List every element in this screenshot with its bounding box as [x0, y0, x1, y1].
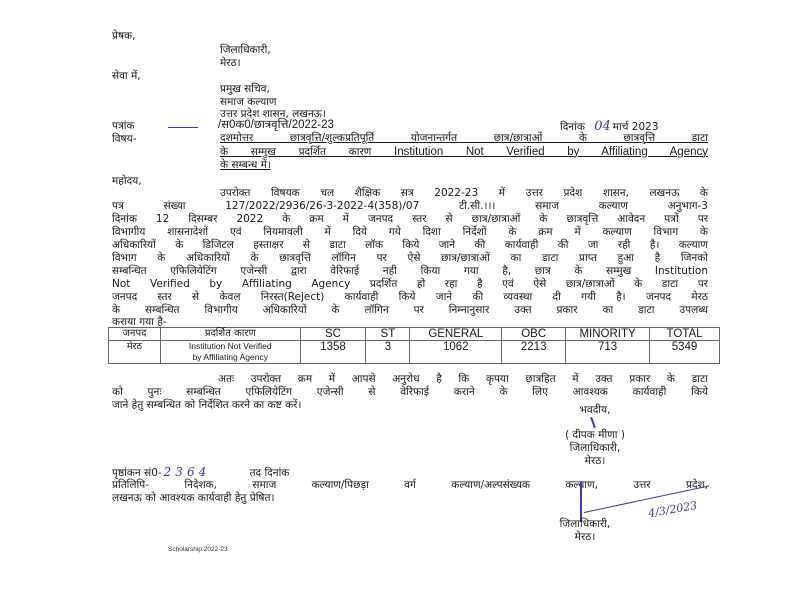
- subject-line2-en: Institution Not Verified by Affiliating …: [394, 146, 708, 158]
- para1-line: विभाग के अधिकारियों के छात्रवृत्ति लॉगिन…: [112, 252, 708, 265]
- cell-sc: 1358: [300, 341, 366, 364]
- closing: भवदीय,: [540, 404, 650, 417]
- para1-line: जनपद स्तर से केवल निरस्त(Reject) कार्यवा…: [112, 291, 708, 304]
- recipient-line: प्रमुख सचिव,: [220, 83, 270, 96]
- sender-place: मेरठ।: [220, 57, 241, 70]
- header-obc: OBC: [502, 328, 566, 341]
- para2-line: अतः उपरोक्त क्रम में आपसे अनुरोध है कि क…: [218, 373, 708, 386]
- handwritten-endorsement-number: 2364: [164, 465, 211, 479]
- cell-reason: Institution Not Verified by Affiliating …: [160, 341, 300, 364]
- subject-text: दशमोत्तर छात्रवृत्ति/शुल्कप्रतिपूर्ति यो…: [220, 132, 708, 173]
- reason-line2: by Affiliating Agency: [163, 352, 298, 363]
- header-total: TOTAL: [650, 328, 720, 341]
- signature-block: भवदीय, ( दीपक मीणा ) जिलाधिकारी, मेरठ।: [540, 404, 650, 468]
- cell-st: 3: [366, 341, 410, 364]
- header-sc: SC: [300, 328, 366, 341]
- header-st: ST: [366, 328, 410, 341]
- table-header-row: जनपद प्रदर्शित कारण SC ST GENERAL OBC MI…: [109, 328, 720, 341]
- scholarship-data-table: जनपद प्रदर्शित कारण SC ST GENERAL OBC MI…: [108, 327, 720, 364]
- table-row: मेरठ Institution Not Verified by Affilia…: [109, 341, 720, 364]
- para1-line: दिनांक 12 दिसम्बर 2022 के क्रम में जनपद …: [112, 213, 708, 226]
- signature-mark: [540, 417, 650, 429]
- para1-line: सम्बन्धित एफिलियेटिंग एजेन्सी द्वारा वेर…: [112, 265, 708, 278]
- signatory-place: मेरठ।: [545, 531, 625, 544]
- sender-label: प्रेषक,: [112, 30, 135, 43]
- para2-line: को पुनः सम्बन्धित एफिलियेटिंग एजेन्सी से…: [112, 386, 708, 399]
- salutation: महोदय,: [112, 175, 142, 188]
- cell-general: 1062: [410, 341, 502, 364]
- para1-line: अधिकारियों के डिजिटल हस्ताक्षर से डाटा ल…: [112, 239, 708, 252]
- header-minority: MINORITY: [566, 328, 650, 341]
- para1-line: पत्र संख्या 127/2022/2936/26-3-2022-4(35…: [112, 200, 708, 213]
- handwritten-dash: [168, 127, 198, 128]
- reason-line1: Institution Not Verified: [163, 341, 298, 352]
- endorsement-date-label: तद दिनांक: [250, 467, 290, 479]
- footer-text: Scholarship 2022-23: [168, 546, 228, 553]
- cell-obc: 2213: [502, 341, 566, 364]
- recipient-label: सेवा में,: [112, 70, 141, 83]
- header-district: जनपद: [109, 328, 161, 341]
- subject-line2-hi: के सम्मुख प्रदर्शित कारण: [220, 146, 371, 158]
- cell-minority: 713: [566, 341, 650, 364]
- reference-number: /स0क0/छात्रवृत्ति/2022-23: [218, 119, 334, 132]
- signatory-place: मेरठ।: [540, 455, 650, 468]
- para1-line: Not Verified by Affiliating Agency प्रदर…: [112, 278, 708, 291]
- subject-label: विषय-: [112, 133, 137, 146]
- endorsement-label: पृष्ठांकन सं0-: [112, 467, 162, 479]
- cell-district: मेरठ: [109, 341, 161, 364]
- endorsement-line: पृष्ठांकन सं0-2364 तद दिनांक: [112, 466, 289, 480]
- signature-block-2: जिलाधिकारी, मेरठ।: [545, 518, 625, 544]
- cell-total: 5349: [650, 341, 720, 364]
- subject-line1: दशमोत्तर छात्रवृत्ति/शुल्कप्रतिपूर्ति यो…: [220, 132, 708, 144]
- reference-label: पत्रांक: [112, 120, 135, 133]
- para1-line: उपरोक्त विषयक चल शैक्षिक सत्र 2022-23 मे…: [220, 187, 708, 200]
- subject-line3: के सम्बन्ध में।: [220, 159, 271, 171]
- copy-line: लखनऊ को आवश्यक कार्यवाही हेतु प्रेषित।: [112, 492, 274, 505]
- signatory-name: ( दीपक मीणा ): [540, 429, 650, 442]
- handwritten-signature-date: 4/3/2023: [647, 499, 698, 520]
- para1-line: विभागीय शासनादेशों एवं नियमावली में दिये…: [112, 226, 708, 239]
- para2-line: जाने हेतु सम्बन्धित को निर्देशित करने का…: [112, 399, 301, 412]
- letter-page: प्रेषक, जिलाधिकारी, मेरठ। सेवा में, प्रम…: [0, 0, 800, 600]
- sender-name: जिलाधिकारी,: [220, 44, 271, 57]
- header-general: GENERAL: [410, 328, 502, 341]
- signatory-designation: जिलाधिकारी,: [540, 442, 650, 455]
- handwritten-signature-stroke: [580, 482, 582, 522]
- copy-line: प्रतिलिपि- निदेशक, समाज कल्याण/पिछड़ा वर…: [112, 479, 708, 492]
- para1-line: के सम्बन्धित विभागीय अधिकारियों के लॉगिन…: [112, 304, 708, 317]
- header-reason: प्रदर्शित कारण: [160, 328, 300, 341]
- signatory-designation: जिलाधिकारी,: [545, 518, 625, 531]
